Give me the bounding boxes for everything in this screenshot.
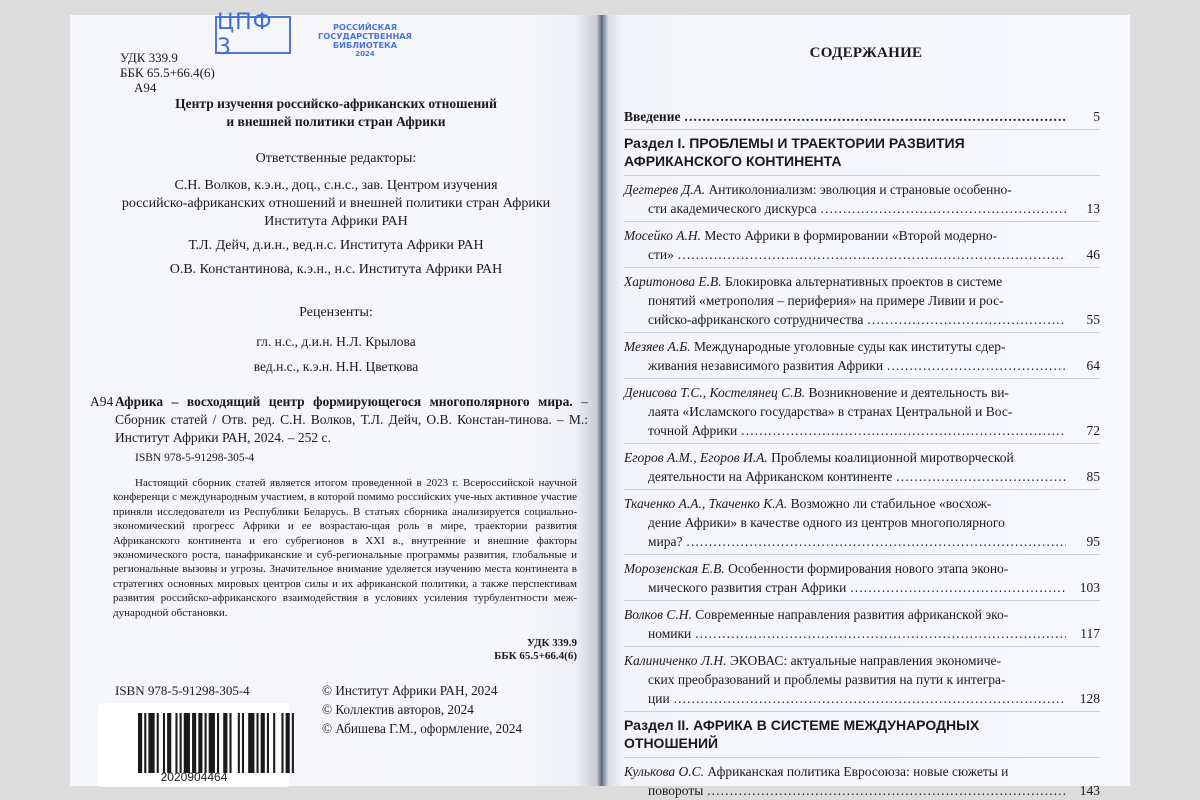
right-page: СОДЕРЖАНИЕ Введение ………………………………………………………	[602, 15, 1130, 786]
toc-entry: Мосейко А.Н. Место Африки в формировании…	[624, 226, 1100, 264]
library-stamp-box: ЦПФ 3	[215, 16, 291, 54]
toc-entry: Денисова Т.С., Костелянец С.В. Возникнов…	[624, 383, 1100, 440]
toc-author: Морозенская Е.В.	[624, 561, 725, 576]
toc-entry: Волков С.Н. Современные направления разв…	[624, 605, 1100, 643]
left-page: ЦПФ 3 РОССИЙСКАЯ ГОСУДАРСТВЕННАЯ БИБЛИОТ…	[70, 15, 602, 786]
toc-author: Калиниченко Л.Н.	[624, 653, 727, 668]
toc-divider	[624, 443, 1100, 444]
rsl-stamp: РОССИЙСКАЯ ГОСУДАРСТВЕННАЯ БИБЛИОТЕКА 20…	[310, 23, 420, 59]
toc-divider	[624, 600, 1100, 601]
bbk-code: ББК 65.5+66.4(6)	[120, 65, 215, 80]
toc-divider	[624, 554, 1100, 555]
toc-divider	[624, 332, 1100, 333]
toc-author: Волков С.Н.	[624, 607, 692, 622]
toc-page-number: 72	[1087, 421, 1101, 440]
toc-page-number: 46	[1087, 245, 1101, 264]
toc-heading: СОДЕРЖАНИЕ	[602, 45, 1130, 62]
toc-entry: Егоров А.М., Егоров И.А. Проблемы коалиц…	[624, 448, 1100, 486]
toc-divider	[624, 129, 1100, 130]
toc-author: Мосейко А.Н.	[624, 228, 701, 243]
toc-page-number: 128	[1080, 689, 1100, 708]
toc-page-number: 95	[1087, 532, 1101, 551]
toc-divider	[624, 489, 1100, 490]
toc-section-heading: Раздел II. АФРИКА В СИСТЕМЕ МЕЖДУНАРОДНЫ…	[624, 716, 1100, 752]
toc-page-number: 117	[1080, 624, 1100, 643]
classification-codes: УДК 339.9 ББК 65.5+66.4(6) А94	[120, 50, 215, 95]
reviewers-list: гл. н.с., д.и.н. Н.Л. Крылова вед.н.с., …	[70, 329, 602, 379]
toc-divider	[624, 378, 1100, 379]
toc-author: Ткаченко А.А., Ткаченко К.А.	[624, 496, 787, 511]
toc-divider	[624, 757, 1100, 758]
editors-title: Ответственные редакторы:	[70, 151, 602, 167]
barcode	[138, 713, 296, 773]
toc-entry: Ткаченко А.А., Ткаченко К.А. Возможно ли…	[624, 494, 1100, 551]
toc-divider	[624, 711, 1100, 712]
toc-entry: Дегтерев Д.А. Антиколониализм: эволюция …	[624, 180, 1100, 218]
reviewers-title: Рецензенты:	[70, 305, 602, 321]
toc-author: Денисова Т.С., Костелянец С.В.	[624, 385, 805, 400]
toc-page-number: 143	[1080, 781, 1100, 800]
author-sign: А94	[120, 80, 215, 95]
toc-entry: Кулькова О.С. Африканская политика Еврос…	[624, 762, 1100, 800]
toc-section-heading: Раздел I. ПРОБЛЕМЫ И ТРАЕКТОРИИ РАЗВИТИЯ…	[624, 134, 1100, 170]
barcode-label: 2020904464	[98, 703, 290, 787]
toc-page-number: 5	[1093, 107, 1100, 126]
toc-author: Егоров А.М., Егоров И.А.	[624, 450, 768, 465]
toc-page-number: 103	[1080, 578, 1100, 597]
toc-page-number: 64	[1087, 356, 1101, 375]
udk-code: УДК 339.9	[120, 50, 215, 65]
toc-author: Кулькова О.С.	[624, 764, 704, 779]
toc-entry: Харитонова Е.В. Блокировка альтернативны…	[624, 272, 1100, 329]
organization-name: Центр изучения российско-африканских отн…	[70, 95, 602, 131]
classification-codes-right: УДК 339.9 ББК 65.5+66.4(6)	[400, 637, 577, 663]
toc-divider	[624, 267, 1100, 268]
toc-divider	[624, 221, 1100, 222]
toc-author: Мезяев А.Б.	[624, 339, 691, 354]
toc-author: Харитонова Е.В.	[624, 274, 722, 289]
toc-entry: Мезяев А.Б. Международные уголовные суды…	[624, 337, 1100, 375]
barcode-number: 2020904464	[98, 770, 290, 784]
editors-list: С.Н. Волков, к.э.н., доц., с.н.с., зав. …	[70, 177, 602, 279]
bibliographic-record: А94 Африка – восходящий центр формирующе…	[90, 393, 588, 447]
toc-entry-intro: Введение ……………………………………………………………………………5	[624, 107, 1100, 126]
toc-author: Дегтерев Д.А.	[624, 182, 705, 197]
abstract: Настоящий сборник статей является итогом…	[113, 476, 577, 620]
isbn-bottom: ISBN 978-5-91298-305-4	[115, 683, 250, 699]
toc-page-number: 13	[1087, 199, 1101, 218]
copyrights: © Институт Африки РАН, 2024 © Коллектив …	[322, 681, 522, 738]
toc-page-number: 55	[1087, 310, 1101, 329]
toc-entry: Морозенская Е.В. Особенности формировани…	[624, 559, 1100, 597]
isbn-inline: ISBN 978-5-91298-305-4	[135, 452, 254, 464]
toc-divider	[624, 175, 1100, 176]
toc-entry: Калиниченко Л.Н. ЭКОВАС: актуальные напр…	[624, 651, 1100, 708]
toc-divider	[624, 646, 1100, 647]
toc-page-number: 85	[1087, 467, 1101, 486]
